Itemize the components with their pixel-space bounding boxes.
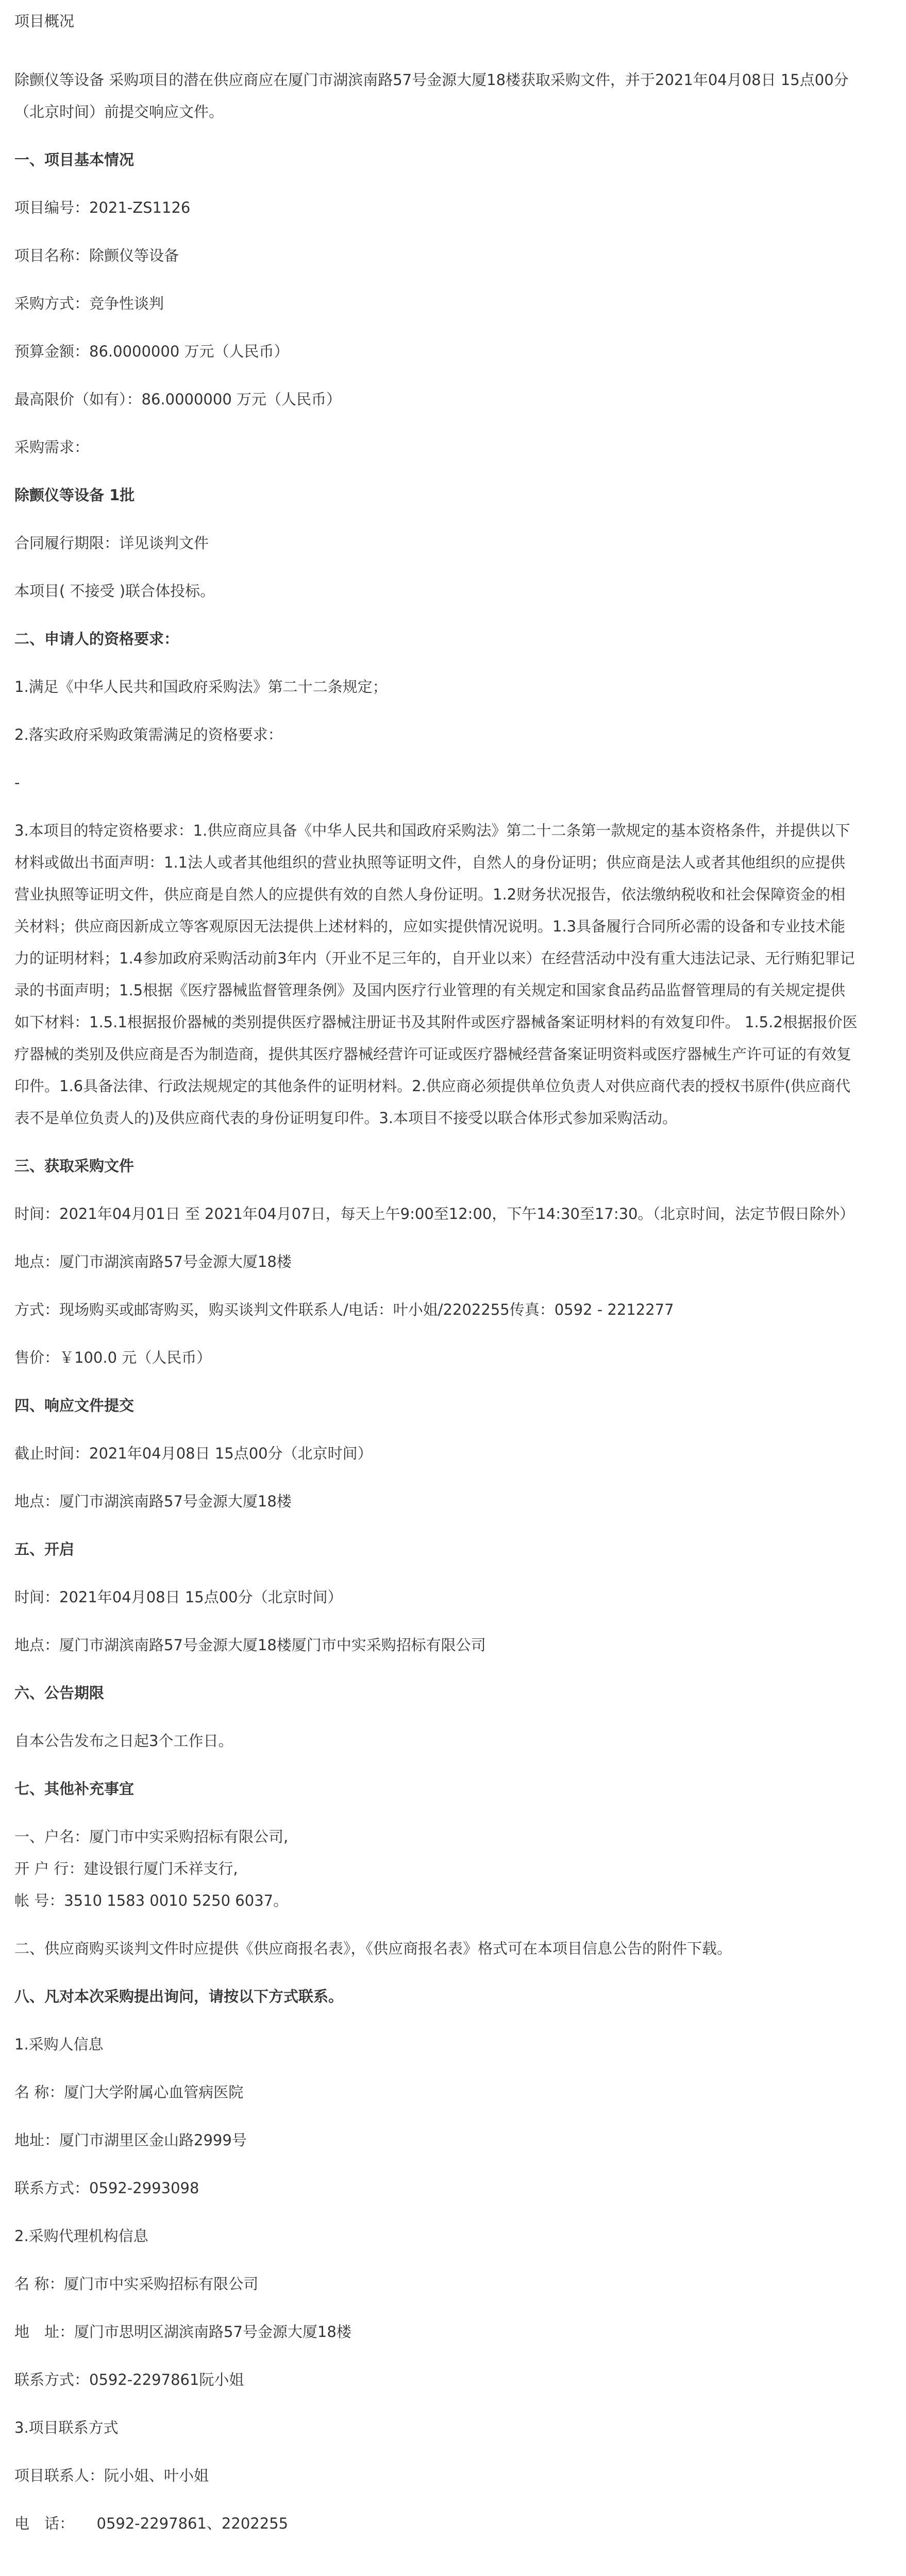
consortium-note: 本项目( 不接受 )联合体投标。 (14, 575, 860, 607)
requirements-item: 除颤仪等设备 1批 (14, 479, 860, 511)
qualification-item-2: 2.落实政府采购政策需满足的资格要求： (14, 719, 860, 751)
project-name: 项目名称：除颤仪等设备 (14, 240, 860, 272)
section6-heading: 六、公告期限 (14, 1677, 860, 1709)
account-number: 帐 号：3510 1583 0010 5250 6037。 (14, 1885, 860, 1917)
section3-heading: 三、获取采购文件 (14, 1150, 860, 1182)
section7-heading: 七、其他补充事宜 (14, 1773, 860, 1805)
obtain-place: 地点：厦门市湖滨南路57号金源大厦18楼 (14, 1246, 860, 1278)
qualification-item-2-value: - (14, 767, 860, 799)
announcement-period: 自本公告发布之日起3个工作日。 (14, 1725, 860, 1757)
agency-address: 地 址：厦门市思明区湖滨南路57号金源大厦18楼 (14, 2316, 860, 2348)
opening-place: 地点：厦门市湖滨南路57号金源大厦18楼厦门市中实采购招标有限公司 (14, 1629, 860, 1661)
purchaser-address: 地址：厦门市湖里区金山路2999号 (14, 2124, 860, 2156)
opening-time: 时间：2021年04月08日 15点00分（北京时间） (14, 1581, 860, 1613)
project-contact-person: 项目联系人：阮小姐、叶小姐 (14, 2460, 860, 2492)
submission-place: 地点：厦门市湖滨南路57号金源大厦18楼 (14, 1485, 860, 1517)
announcement-document: 项目概况 除颤仪等设备 采购项目的潜在供应商应在厦门市湖滨南路57号金源大厦18… (0, 0, 874, 2539)
obtain-method: 方式：现场购买或邮寄购买，购买谈判文件联系人/电话：叶小姐/2202255传真：… (14, 1294, 860, 1326)
intro-paragraph: 除颤仪等设备 采购项目的潜在供应商应在厦门市湖滨南路57号金源大厦18楼获取采购… (14, 64, 860, 128)
bank-name: 开 户 行：建设银行厦门禾祥支行, (14, 1853, 860, 1885)
purchaser-name: 名 称：厦门大学附属心血管病医院 (14, 2076, 860, 2108)
qualification-item-1: 1.满足《中华人民共和国政府采购法》第二十二条规定； (14, 671, 860, 703)
section5-heading: 五、开启 (14, 1533, 860, 1565)
requirements-label: 采购需求： (14, 431, 860, 463)
section2-heading: 二、申请人的资格要求： (14, 623, 860, 655)
document-price: 售价：￥100.0 元（人民币） (14, 1342, 860, 1374)
account-name: 一、户名：厦门市中实采购招标有限公司, (14, 1821, 860, 1853)
obtain-time: 时间：2021年04月01日 至 2021年04月07日，每天上午9:00至12… (14, 1198, 860, 1230)
submission-deadline: 截止时间：2021年04月08日 15点00分（北京时间） (14, 1437, 860, 1469)
supplement-note-2: 二、供应商购买谈判文件时应提供《供应商报名表》，《供应商报名表》格式可在本项目信… (14, 1933, 860, 1964)
contract-term: 合同履行期限：详见谈判文件 (14, 527, 860, 559)
project-contact-label: 3.项目联系方式 (14, 2412, 860, 2444)
document-title: 项目概况 (14, 5, 860, 37)
budget-amount: 预算金额：86.0000000 万元（人民币） (14, 335, 860, 367)
qualification-item-3: 3.本项目的特定资格要求：1.供应商应具备《中华人民共和国政府采购法》第二十二条… (14, 815, 860, 1134)
project-phone: 电 话： 0592-2297861、2202255 (14, 2507, 860, 2539)
agency-contact: 联系方式：0592-2297861阮小姐 (14, 2364, 860, 2396)
agency-name: 名 称：厦门市中实采购招标有限公司 (14, 2268, 860, 2300)
agency-label: 2.采购代理机构信息 (14, 2220, 860, 2252)
section8-heading: 八、凡对本次采购提出询问，请按以下方式联系。 (14, 1980, 860, 2012)
purchaser-contact: 联系方式：0592-2993098 (14, 2172, 860, 2204)
section1-heading: 一、项目基本情况 (14, 144, 860, 176)
max-price: 最高限价（如有）：86.0000000 万元（人民币） (14, 383, 860, 415)
purchaser-label: 1.采购人信息 (14, 2028, 860, 2060)
procurement-method: 采购方式：竞争性谈判 (14, 287, 860, 319)
section4-heading: 四、响应文件提交 (14, 1389, 860, 1421)
project-number: 项目编号：2021-ZS1126 (14, 192, 860, 224)
